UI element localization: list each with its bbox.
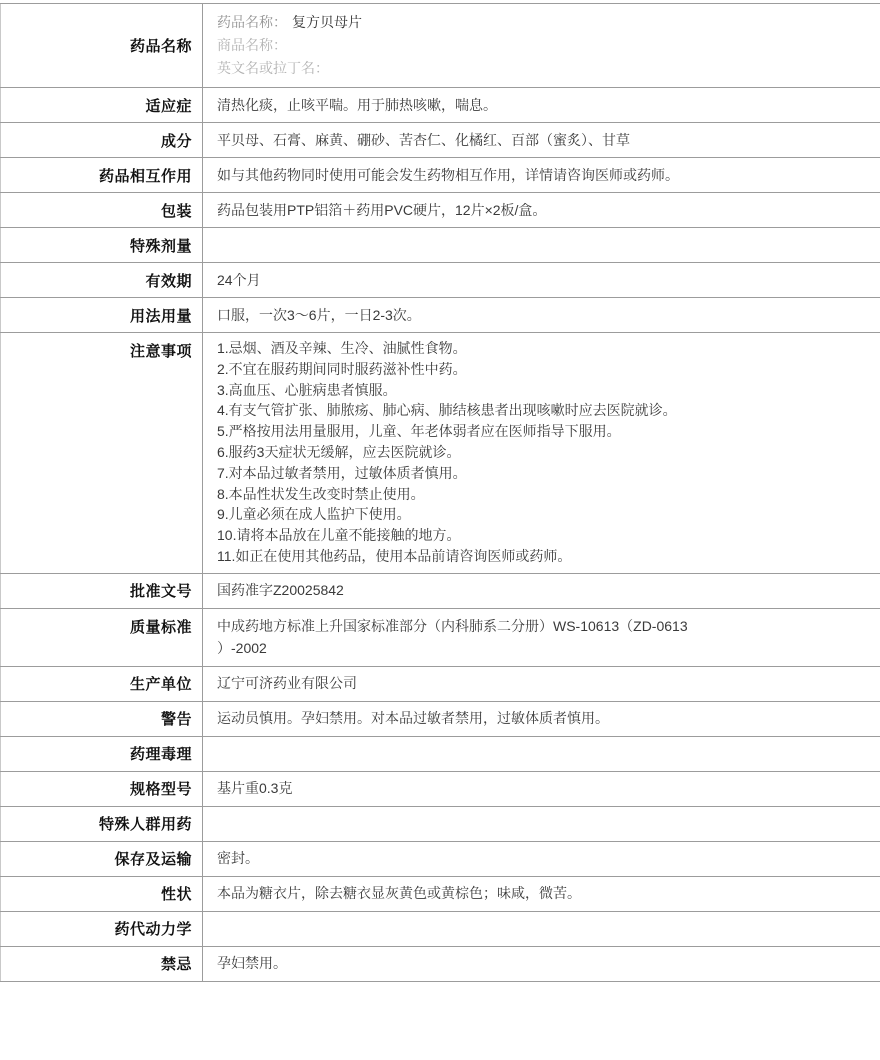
row-label: 包装 xyxy=(1,193,203,228)
row-precautions: 注意事项 1.忌烟、酒及辛辣、生冷、油腻性食物。 2.不宜在服药期间同时服药滋补… xyxy=(1,333,880,574)
row-value: 本品为糖衣片，除去糖衣显灰黄色或黄棕色；味咸，微苦。 xyxy=(203,876,880,911)
row-label: 特殊人群用药 xyxy=(1,806,203,841)
drug-info-table: 药品名称 药品名称：复方贝母片 商品名称： 英文名或拉丁名： 适应症 清热化痰，… xyxy=(0,3,880,982)
row-dosage-usage: 用法用量 口服，一次3～6片，一日2-3次。 xyxy=(1,298,880,333)
row-pharmacology-toxicology: 药理毒理 xyxy=(1,736,880,771)
row-label-drug-name: 药品名称 xyxy=(1,4,203,88)
row-value: 药品包装用PTP铝箔＋药用PVC硬片，12片×2板/盒。 xyxy=(203,193,880,228)
row-label: 批准文号 xyxy=(1,573,203,608)
row-value: 平贝母、石膏、麻黄、硼砂、苦杏仁、化橘红、百部（蜜炙）、甘草 xyxy=(203,123,880,158)
row-pharmacokinetics: 药代动力学 xyxy=(1,911,880,946)
row-packaging: 包装 药品包装用PTP铝箔＋药用PVC硬片，12片×2板/盒。 xyxy=(1,193,880,228)
row-indications: 适应症 清热化痰，止咳平喘。用于肺热咳嗽，喘息。 xyxy=(1,88,880,123)
row-drug-name: 药品名称 药品名称：复方贝母片 商品名称： 英文名或拉丁名： xyxy=(1,4,880,88)
row-label: 注意事项 xyxy=(1,333,203,574)
row-value: 国药准字Z20025842 xyxy=(203,573,880,608)
latin-name-prefix: 英文名或拉丁名： xyxy=(217,60,329,76)
row-label: 有效期 xyxy=(1,263,203,298)
row-ingredients: 成分 平贝母、石膏、麻黄、硼砂、苦杏仁、化橘红、百部（蜜炙）、甘草 xyxy=(1,123,880,158)
row-value: 24个月 xyxy=(203,263,880,298)
row-label: 用法用量 xyxy=(1,298,203,333)
trade-name-prefix: 商品名称： xyxy=(217,37,287,53)
row-value: 密封。 xyxy=(203,841,880,876)
row-label: 规格型号 xyxy=(1,771,203,806)
row-value: 1.忌烟、酒及辛辣、生冷、油腻性食物。 2.不宜在服药期间同时服药滋补性中药。 … xyxy=(203,333,880,574)
row-storage-transport: 保存及运输 密封。 xyxy=(1,841,880,876)
drug-name-value: 复方贝母片 xyxy=(292,14,362,30)
row-description: 性状 本品为糖衣片，除去糖衣显灰黄色或黄棕色；味咸，微苦。 xyxy=(1,876,880,911)
row-drug-interactions: 药品相互作用 如与其他药物同时使用可能会发生药物相互作用，详情请咨询医师或药师。 xyxy=(1,158,880,193)
row-label: 禁忌 xyxy=(1,946,203,981)
row-quality-standard: 质量标准 中成药地方标准上升国家标准部分（内科肺系二分册）WS-10613（ZD… xyxy=(1,608,880,666)
row-label: 警告 xyxy=(1,701,203,736)
row-contraindications: 禁忌 孕妇禁用。 xyxy=(1,946,880,981)
row-warning: 警告 运动员慎用。孕妇禁用。对本品过敏者禁用，过敏体质者慎用。 xyxy=(1,701,880,736)
drug-name-prefix: 药品名称： xyxy=(217,14,287,30)
row-value: 孕妇禁用。 xyxy=(203,946,880,981)
row-value: 如与其他药物同时使用可能会发生药物相互作用，详情请咨询医师或药师。 xyxy=(203,158,880,193)
latin-name-line: 英文名或拉丁名： xyxy=(217,57,870,80)
row-value: 辽宁可济药业有限公司 xyxy=(203,666,880,701)
row-label: 特殊剂量 xyxy=(1,228,203,263)
row-value xyxy=(203,911,880,946)
row-value: 口服，一次3～6片，一日2-3次。 xyxy=(203,298,880,333)
row-label: 成分 xyxy=(1,123,203,158)
row-specification: 规格型号 基片重0.3克 xyxy=(1,771,880,806)
row-special-dosage: 特殊剂量 xyxy=(1,228,880,263)
row-label: 质量标准 xyxy=(1,608,203,666)
row-label: 药品相互作用 xyxy=(1,158,203,193)
row-label: 保存及运输 xyxy=(1,841,203,876)
row-value: 清热化痰，止咳平喘。用于肺热咳嗽，喘息。 xyxy=(203,88,880,123)
row-approval-number: 批准文号 国药准字Z20025842 xyxy=(1,573,880,608)
row-value xyxy=(203,806,880,841)
row-manufacturer: 生产单位 辽宁可济药业有限公司 xyxy=(1,666,880,701)
row-label: 适应症 xyxy=(1,88,203,123)
row-label: 药代动力学 xyxy=(1,911,203,946)
drug-name-line: 药品名称：复方贝母片 xyxy=(217,11,870,34)
row-special-populations: 特殊人群用药 xyxy=(1,806,880,841)
row-value: 基片重0.3克 xyxy=(203,771,880,806)
row-label: 生产单位 xyxy=(1,666,203,701)
row-shelf-life: 有效期 24个月 xyxy=(1,263,880,298)
row-value: 运动员慎用。孕妇禁用。对本品过敏者禁用，过敏体质者慎用。 xyxy=(203,701,880,736)
row-label: 药理毒理 xyxy=(1,736,203,771)
row-value: 中成药地方标准上升国家标准部分（内科肺系二分册）WS-10613（ZD-0613… xyxy=(203,608,880,666)
row-value-drug-name: 药品名称：复方贝母片 商品名称： 英文名或拉丁名： xyxy=(203,4,880,88)
row-value xyxy=(203,736,880,771)
trade-name-line: 商品名称： xyxy=(217,34,870,57)
row-value xyxy=(203,228,880,263)
row-label: 性状 xyxy=(1,876,203,911)
